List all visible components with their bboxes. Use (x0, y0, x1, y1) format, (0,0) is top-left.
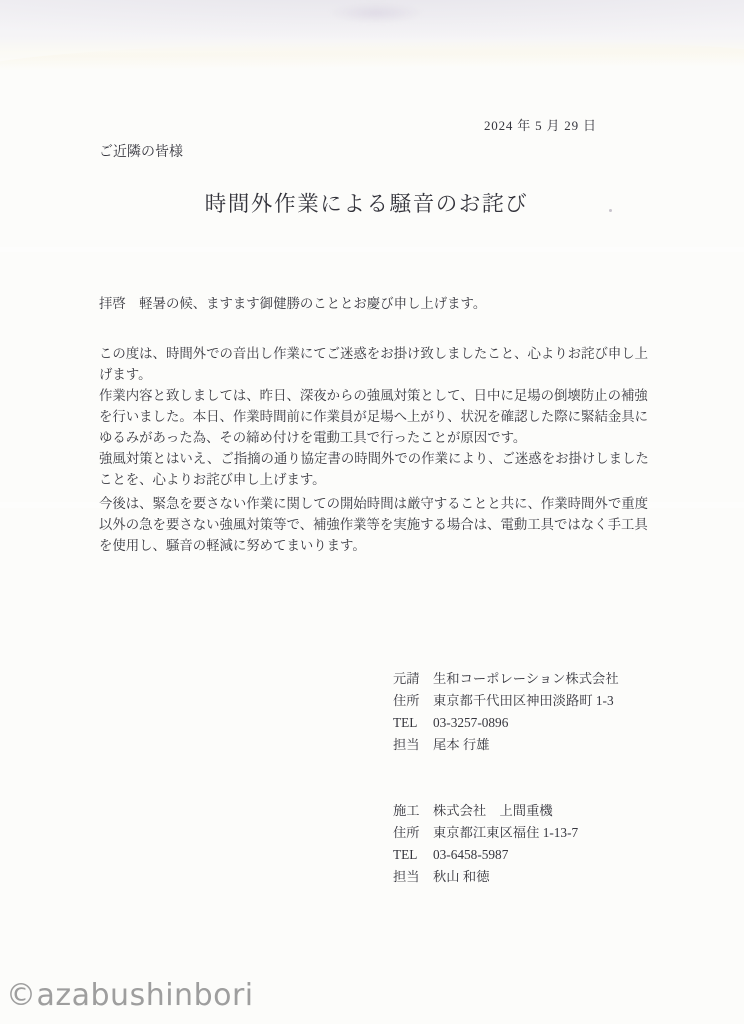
tel-value: 03-6458-5987 (433, 844, 508, 866)
scanned-apology-letter: 2024 年 5 月 29 日 ご近隣の皆様 時間外作業による騒音のお詫び 拝啓… (0, 0, 744, 1024)
person-label: 担当 (393, 866, 433, 888)
recipient-line: ご近隣の皆様 (99, 143, 183, 163)
scan-smudge (328, 3, 424, 23)
tel-value: 03-3257-0896 (433, 712, 508, 734)
body-paragraph: この度は、時間外での音出し作業にてご迷惑をお掛け致しましたこと、心よりお詫び申し… (99, 343, 652, 385)
watermark-credit: ©azabushinbori (6, 979, 254, 1013)
body-paragraph: 作業内容と致しましては、昨日、深夜からの強風対策として、日中に足場の倒壊防止の補… (99, 385, 652, 448)
person-name: 秋山 和徳 (433, 866, 490, 888)
scan-streak (0, 247, 744, 252)
letter-date: 2024 年 5 月 29 日 (484, 116, 597, 136)
scan-shadow-top (0, 0, 744, 70)
company-name: 株式会社 上間重機 (433, 800, 553, 822)
letter-title: 時間外作業による騒音のお詫び (0, 189, 733, 219)
contact-row-address: 住所 東京都江東区福住 1-13-7 (393, 822, 578, 844)
company-name: 生和コーポレーション株式会社 (433, 668, 619, 690)
address-label: 住所 (393, 822, 433, 844)
general-contractor-block: 元請 生和コーポレーション株式会社 住所 東京都千代田区神田淡路町 1-3 TE… (393, 668, 619, 756)
contact-row-company: 施工 株式会社 上間重機 (393, 800, 578, 822)
builder-contractor-block: 施工 株式会社 上間重機 住所 東京都江東区福住 1-13-7 TEL 03-6… (393, 800, 578, 888)
tel-label: TEL (393, 844, 433, 866)
contact-row-tel: TEL 03-6458-5987 (393, 844, 578, 866)
contact-row-person: 担当 尾本 行雄 (393, 734, 619, 756)
tel-label: TEL (393, 712, 433, 734)
person-name: 尾本 行雄 (433, 734, 490, 756)
address-label: 住所 (393, 690, 433, 712)
body-paragraph: 強風対策とはいえ、ご指摘の通り協定書の時間外での作業により、ご迷惑をお掛けしまし… (99, 448, 652, 490)
person-label: 担当 (393, 734, 433, 756)
role-label: 元請 (393, 668, 433, 690)
body-paragraph: 今後は、緊急を要さない作業に関しての開始時間は厳守することと共に、作業時間外で重… (99, 493, 652, 556)
contact-row-tel: TEL 03-3257-0896 (393, 712, 619, 734)
contact-row-address: 住所 東京都千代田区神田淡路町 1-3 (393, 690, 619, 712)
address-value: 東京都千代田区神田淡路町 1-3 (433, 690, 614, 712)
contact-row-person: 担当 秋山 和徳 (393, 866, 578, 888)
letter-body: 拝啓 軽暑の候、ますます御健勝のこととお慶び申し上げます。 この度は、時間外での… (99, 293, 652, 556)
scan-cream-band (0, 38, 744, 71)
greeting-line: 拝啓 軽暑の候、ますます御健勝のこととお慶び申し上げます。 (99, 293, 652, 314)
contact-row-company: 元請 生和コーポレーション株式会社 (393, 668, 619, 690)
role-label: 施工 (393, 800, 433, 822)
address-value: 東京都江東区福住 1-13-7 (433, 822, 578, 844)
